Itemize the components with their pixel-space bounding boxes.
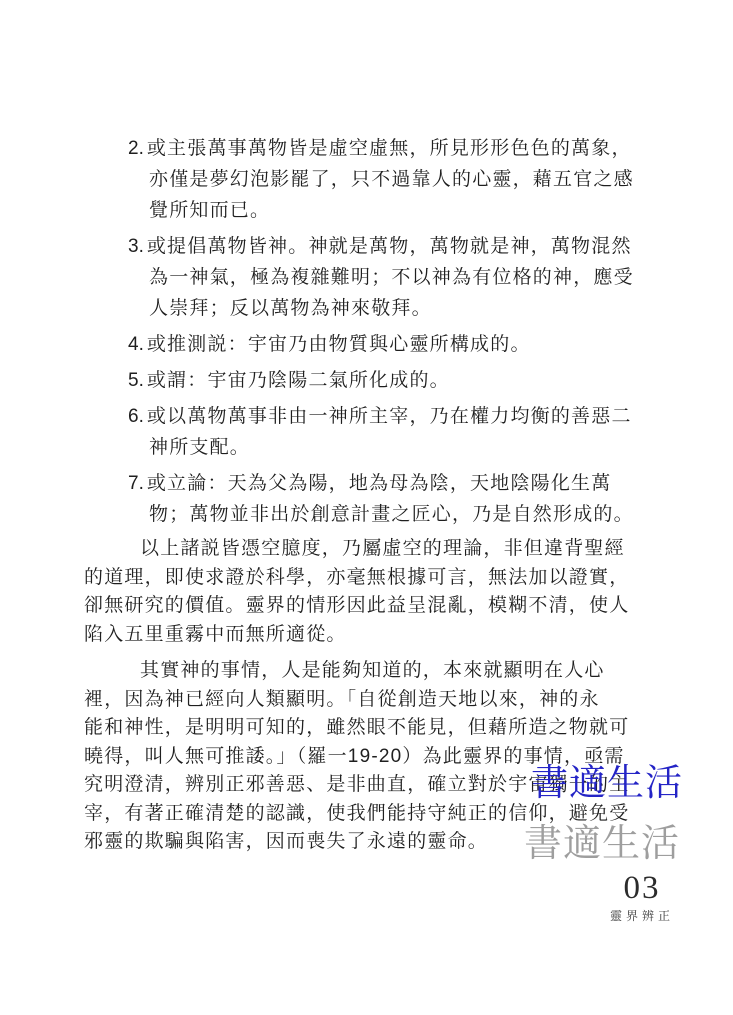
paragraph-line: 裡，因為神已經向人類顯明。「自從創造天地以來，神的永 — [84, 686, 733, 715]
book-title: 靈界辨正 — [592, 907, 692, 924]
list-item-line: 亦僅是夢幻泡影罷了，只不過靠人的心靈，藉五官之感 — [128, 164, 733, 195]
list-item-number: 2. — [128, 133, 144, 164]
list-item-text: 或主張萬事萬物皆是虛空虛無，所見形形色色的萬象， — [147, 133, 632, 164]
list-item-number: 7. — [128, 468, 144, 499]
list-item-line: 7. 或立論：天為父為陽，地為母為陰，天地陰陽化生萬 — [128, 468, 733, 499]
list-item-line: 覺所知而已。 — [128, 195, 733, 226]
list-item-text: 或推測説：宇宙乃由物質與心靈所構成的。 — [147, 329, 531, 360]
list-item-line: 物；萬物並非出於創意計畫之匠心，乃是自然形成的。 — [128, 499, 733, 530]
list-item-line: 2. 或主張萬事萬物皆是虛空虛無，所見形形色色的萬象， — [128, 133, 733, 164]
paragraph-line: 卻無研究的價值。靈界的情形因此益呈混亂，模糊不清，使人 — [84, 592, 733, 621]
list-item-line: 5. 或謂：宇宙乃陰陽二氣所化成的。 — [128, 365, 733, 396]
paragraph-line: 以上諸説皆憑空臆度，乃屬虛空的理論，非但違背聖經 — [84, 535, 733, 564]
list-item: 5. 或謂：宇宙乃陰陽二氣所化成的。 — [128, 365, 733, 396]
numbered-list: 2. 或主張萬事萬物皆是虛空虛無，所見形形色色的萬象， 亦僅是夢幻泡影罷了，只不… — [128, 133, 733, 530]
list-item-text: 或提倡萬物皆神。神就是萬物，萬物就是神，萬物混然 — [147, 231, 632, 262]
list-item: 7. 或立論：天為父為陽，地為母為陰，天地陰陽化生萬 物；萬物並非出於創意計畫之… — [128, 468, 733, 530]
list-item-number: 5. — [128, 365, 144, 396]
paragraph-line: 陷入五里重霧中而無所適從。 — [84, 621, 733, 650]
page-number: 03 — [592, 872, 692, 905]
list-item-line: 人崇拜；反以萬物為神來敬拜。 — [128, 293, 733, 324]
list-item-line: 3. 或提倡萬物皆神。神就是萬物，萬物就是神，萬物混然 — [128, 231, 733, 262]
page-footer: 03 靈界辨正 — [592, 872, 692, 924]
paragraph-line: 的道理，即使求證於科學，亦毫無根據可言，無法加以證實， — [84, 564, 733, 593]
book-page: 2. 或主張萬事萬物皆是虛空虛無，所見形形色色的萬象， 亦僅是夢幻泡影罷了，只不… — [0, 0, 733, 1015]
list-item-line: 4. 或推測説：宇宙乃由物質與心靈所構成的。 — [128, 329, 733, 360]
list-item: 6. 或以萬物萬事非由一神所主宰，乃在權力均衡的善惡二 神所支配。 — [128, 401, 733, 463]
list-item-number: 6. — [128, 401, 144, 432]
page-content: 2. 或主張萬事萬物皆是虛空虛無，所見形形色色的萬象， 亦僅是夢幻泡影罷了，只不… — [0, 133, 733, 857]
list-item-line: 6. 或以萬物萬事非由一神所主宰，乃在權力均衡的善惡二 — [128, 401, 733, 432]
list-item-text: 或立論：天為父為陽，地為母為陰，天地陰陽化生萬 — [147, 468, 612, 499]
list-item: 3. 或提倡萬物皆神。神就是萬物，萬物就是神，萬物混然 為一神氣，極為複雜難明；… — [128, 231, 733, 324]
list-item: 2. 或主張萬事萬物皆是虛空虛無，所見形形色色的萬象， 亦僅是夢幻泡影罷了，只不… — [128, 133, 733, 226]
watermark-gray: 書適生活 — [524, 812, 680, 867]
list-item-number: 3. — [128, 231, 144, 262]
watermark-blue: 書適生活 — [531, 752, 683, 806]
paragraph-line: 其實神的事情，人是能夠知道的，本來就顯明在人心 — [84, 657, 733, 686]
list-item-line: 為一神氣，極為複雜難明；不以神為有位格的神，應受 — [128, 262, 733, 293]
list-item: 4. 或推測説：宇宙乃由物質與心靈所構成的。 — [128, 329, 733, 360]
list-item-number: 4. — [128, 329, 144, 360]
paragraph-line: 能和神性，是明明可知的，雖然眼不能見，但藉所造之物就可 — [84, 714, 733, 743]
list-item-text: 或謂：宇宙乃陰陽二氣所化成的。 — [147, 365, 450, 396]
list-item-text: 或以萬物萬事非由一神所主宰，乃在權力均衡的善惡二 — [147, 401, 632, 432]
list-item-line: 神所支配。 — [128, 432, 733, 463]
paragraph: 以上諸説皆憑空臆度，乃屬虛空的理論，非但違背聖經 的道理，即使求證於科學，亦毫無… — [84, 535, 733, 649]
